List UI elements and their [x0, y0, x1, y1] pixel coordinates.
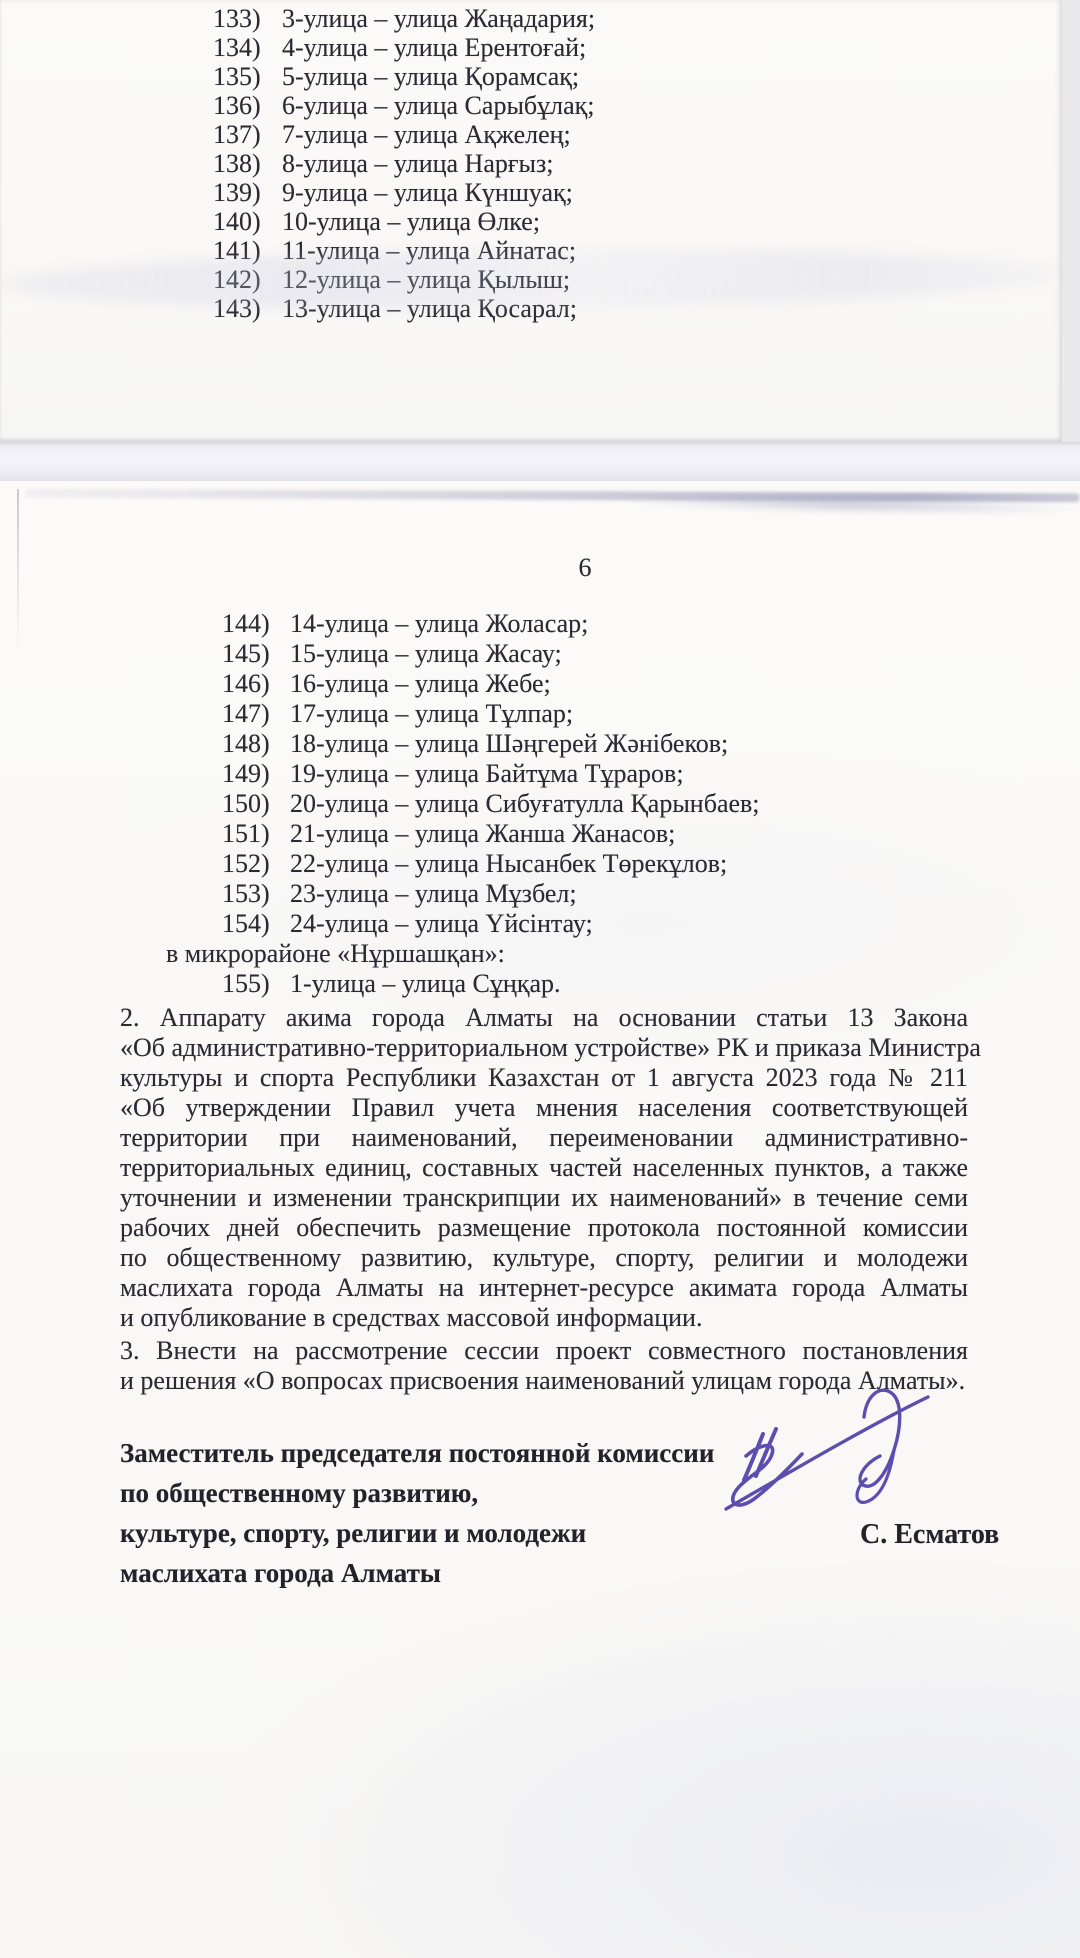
item-text: 20-улица – улица Сибуғатулла Қарынбаев;	[290, 789, 760, 818]
signature-title-line: культуре, спорту, религии и молодежи	[120, 1513, 714, 1553]
paragraph-line: рабочих дней обеспечить размещение прото…	[120, 1213, 968, 1243]
item-text: 22-улица – улица Нысанбек Төрекұлов;	[290, 849, 727, 878]
item-number: 149)	[222, 759, 290, 789]
signer-name: С. Есматов	[860, 1519, 999, 1551]
item-text: 23-улица – улица Мұзбел;	[290, 879, 577, 908]
item-number: 155)	[222, 969, 290, 999]
scan-smudge-artifact	[0, 244, 1062, 313]
item-text: 4-улица – улица Ерентоғай;	[282, 33, 586, 62]
item-text: 5-улица – улица Қорамсақ;	[282, 62, 579, 91]
street-rename-item: 152)22-улица – улица Нысанбек Төрекұлов;	[222, 849, 760, 879]
item-text: 15-улица – улица Жасау;	[290, 639, 562, 668]
street-rename-item: 154)24-улица – улица Үйсінтау;	[222, 909, 760, 939]
item-number: 145)	[222, 639, 290, 669]
paragraph-line: 3. Внести на рассмотрение сессии проект …	[120, 1336, 968, 1366]
item-text: 19-улица – улица Байтұма Тұраров;	[290, 759, 684, 788]
paragraph-line: маслихата города Алматы на интернет-ресу…	[120, 1273, 968, 1303]
street-rename-item: 139)9-улица – улица Күншуақ;	[213, 178, 595, 207]
item-text: 21-улица – улица Жанша Жанасов;	[290, 819, 675, 848]
item-number: 137)	[213, 120, 282, 149]
item-number: 152)	[222, 849, 290, 879]
paragraph-line: «Об утверждении Правил учета мнения насе…	[120, 1093, 968, 1123]
item-number: 136)	[213, 91, 282, 120]
microdistrict-heading: в микрорайоне «Нұршашқан»:	[166, 939, 505, 969]
item-text: 8-улица – улица Нарғыз;	[282, 149, 554, 178]
page-gap	[0, 442, 1080, 481]
street-rename-item: 147)17-улица – улица Тұлпар;	[222, 699, 760, 729]
item-number: 147)	[222, 699, 290, 729]
item-text: 17-улица – улица Тұлпар;	[290, 699, 573, 728]
page-number: 6	[540, 553, 630, 583]
signature-title-line: по общественному развитию,	[120, 1473, 714, 1513]
item-text: 3-улица – улица Жаңадария;	[282, 4, 595, 33]
scanned-document: 133)3-улица – улица Жаңадария; 134)4-ули…	[0, 0, 1080, 1958]
item-number: 146)	[222, 669, 290, 699]
street-rename-item: 150)20-улица – улица Сибуғатулла Қарынба…	[222, 789, 760, 819]
item-number: 134)	[213, 33, 282, 62]
street-rename-item: 149)19-улица – улица Байтұма Тұраров;	[222, 759, 760, 789]
street-rename-item: 151)21-улица – улица Жанша Жанасов;	[222, 819, 760, 849]
street-rename-item: 144)14-улица – улица Жоласар;	[222, 609, 760, 639]
item-number: 139)	[213, 178, 282, 207]
document-page-prev: 133)3-улица – улица Жаңадария; 134)4-ули…	[0, 0, 1062, 442]
item-text: 9-улица – улица Күншуақ;	[282, 178, 573, 207]
street-rename-item: 140)10-улица – улица Өлке;	[213, 207, 595, 236]
street-rename-item: 153)23-улица – улица Мұзбел;	[222, 879, 760, 909]
street-rename-item: 134)4-улица – улица Ерентоғай;	[213, 33, 595, 62]
street-rename-item: 135)5-улица – улица Қорамсақ;	[213, 62, 595, 91]
item-number: 138)	[213, 149, 282, 178]
signature-title-line: Заместитель председателя постоянной коми…	[120, 1433, 714, 1473]
item-number: 135)	[213, 62, 282, 91]
street-rename-item: 133)3-улица – улица Жаңадария;	[213, 4, 595, 33]
paragraph-line: «Об административно-территориальном устр…	[120, 1033, 968, 1063]
item-text: 14-улица – улица Жоласар;	[290, 609, 588, 638]
item-number: 150)	[222, 789, 290, 819]
item-text: 6-улица – улица Сарыбұлақ;	[282, 91, 595, 120]
street-rename-item: 138)8-улица – улица Нарғыз;	[213, 149, 595, 178]
paragraph-line: территории при наименований, переименова…	[120, 1123, 968, 1153]
item-number: 153)	[222, 879, 290, 909]
paragraph-line: 2. Аппарату акима города Алматы на основ…	[120, 1003, 968, 1033]
item-number: 154)	[222, 909, 290, 939]
street-list-144-154: 144)14-улица – улица Жоласар; 145)15-ули…	[222, 609, 760, 939]
signature-ink	[716, 1379, 944, 1529]
paragraph-line: уточнении и изменении транскрипции их на…	[120, 1183, 968, 1213]
paragraph-line: территориальных единиц, составных частей…	[120, 1153, 968, 1183]
item-number: 148)	[222, 729, 290, 759]
street-rename-item: 146)16-улица – улица Жебе;	[222, 669, 760, 699]
scan-edge-line	[17, 489, 19, 649]
item-number: 151)	[222, 819, 290, 849]
item-number: 133)	[213, 4, 282, 33]
street-list-155: 155)1-улица – улица Сұңқар.	[222, 969, 561, 999]
item-text: 10-улица – улица Өлке;	[282, 207, 540, 236]
signature-title-line: маслихата города Алматы	[120, 1553, 714, 1593]
paragraph-2: 2. Аппарату акима города Алматы на основ…	[120, 1003, 968, 1333]
item-text: 1-улица – улица Сұңқар.	[290, 969, 561, 998]
item-text: 24-улица – улица Үйсінтау;	[290, 909, 593, 938]
item-number: 144)	[222, 609, 290, 639]
street-rename-item: 155)1-улица – улица Сұңқар.	[222, 969, 561, 999]
paragraph-line: и опубликование в средствах массовой инф…	[120, 1303, 968, 1333]
item-number: 140)	[213, 207, 282, 236]
street-rename-item: 136)6-улица – улица Сарыбұлақ;	[213, 91, 595, 120]
paragraph-line: культуры и спорта Республики Казахстан о…	[120, 1063, 968, 1093]
signature-title-block: Заместитель председателя постоянной коми…	[120, 1433, 714, 1593]
item-text: 7-улица – улица Ақжелең;	[282, 120, 571, 149]
street-rename-item: 148)18-улица – улица Шәңгерей Жәнібеков;	[222, 729, 760, 759]
item-text: 18-улица – улица Шәңгерей Жәнібеков;	[290, 729, 728, 758]
street-rename-item: 137)7-улица – улица Ақжелең;	[213, 120, 595, 149]
street-rename-item: 145)15-улица – улица Жасау;	[222, 639, 760, 669]
document-page-6: 6 144)14-улица – улица Жоласар; 145)15-у…	[0, 481, 1080, 1958]
item-text: 16-улица – улица Жебе;	[290, 669, 551, 698]
paragraph-line: по общественному развитию, культуре, спо…	[120, 1243, 968, 1273]
